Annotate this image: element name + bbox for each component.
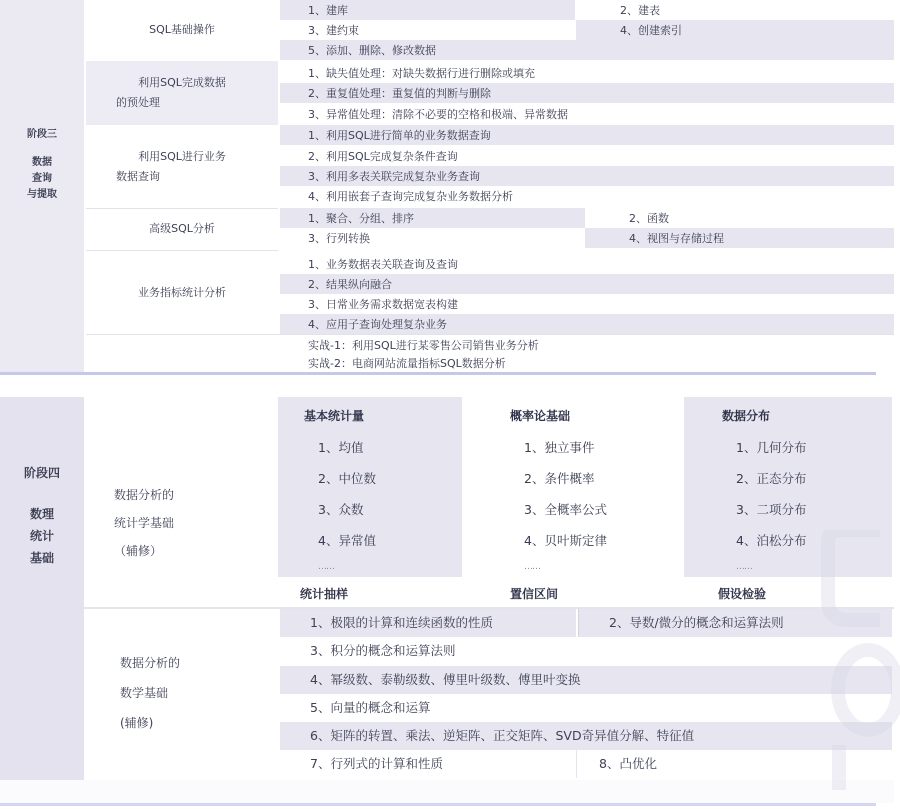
stat-column-basic: 基本统计量 1、均值 2、中位数 3、众数 4、异常值 …… — [278, 397, 462, 577]
column-heading: 基本统计量 — [304, 407, 462, 424]
item-text: 4、创建索引 — [576, 25, 682, 36]
list-item: 1、缺失值处理：对缺失数据行进行删除或填充 — [280, 63, 894, 83]
column-heading: 概率论基础 — [510, 407, 684, 424]
topic-title: 利用SQL进行业务 — [138, 147, 226, 167]
item-text: 7、行列式的计算和性质 — [280, 758, 443, 771]
list-item: 4、幂级数、泰勒级数、傅里叶级数、傅里叶变换 — [280, 666, 892, 694]
topic-title: 高级SQL分析 — [149, 219, 215, 239]
subtopic-hypothesis-test: 假设检验 — [718, 580, 766, 606]
list-item: 1、利用SQL进行简单的业务数据查询 — [280, 125, 894, 145]
topic-math: 数据分析的 数学基础 (辅修) — [86, 610, 280, 780]
topic-title: 的预处理 — [86, 93, 160, 113]
item-text: 3、异常值处理：清除不必要的空格和极端、异常数据 — [280, 109, 568, 120]
topic-business-metrics: 业务指标统计分析 — [86, 250, 278, 334]
list-item: 4、创建索引 — [576, 20, 894, 40]
list-item: 1、极限的计算和连续函数的性质 — [280, 609, 576, 637]
topic-title: SQL基础操作 — [149, 20, 215, 40]
topic-title: 统计学基础 — [114, 509, 174, 537]
topic-advanced-sql: 高级SQL分析 — [86, 208, 278, 248]
subtopic-confidence-interval: 置信区间 — [510, 580, 558, 606]
item-text: 2、利用SQL完成复杂条件查询 — [280, 151, 458, 162]
watermark-logo-icon — [820, 530, 900, 790]
item-text: 4、视图与存储过程 — [585, 233, 724, 244]
practice-item: 实战-2：电商网站流量指标SQL数据分析 — [308, 358, 506, 369]
list-item: 2、重复值处理：重复值的判断与删除 — [280, 83, 894, 103]
item-text: 3、建约束 — [280, 25, 359, 36]
list-item: 3、众数 — [304, 500, 462, 518]
list-item: 3、积分的概念和运算法则 — [280, 637, 892, 665]
stage4-title-line: 基础 — [0, 547, 84, 569]
item-text: 1、业务数据表关联查询及查询 — [280, 259, 458, 270]
topic-title: （辅修） — [114, 537, 174, 565]
list-item: 3、建约束 — [280, 20, 575, 40]
list-item: 3、行列转换 — [280, 228, 585, 248]
item-text: 2、结果纵向融合 — [280, 279, 392, 290]
item-text: 5、添加、删除、修改数据 — [280, 45, 436, 56]
practice-item: 实战-1：利用SQL进行某零售公司销售业务分析 — [308, 340, 539, 351]
list-item: 1、聚合、分组、排序 — [280, 208, 585, 228]
stage4-number: 阶段四 — [0, 465, 84, 481]
item-text: 1、建库 — [280, 5, 348, 16]
list-item: 2、结果纵向融合 — [280, 274, 894, 294]
item-text: 6、矩阵的转置、乘法、逆矩阵、正交矩阵、SVD奇异值分解、特征值 — [280, 730, 694, 743]
item-text: 8、凸优化 — [577, 758, 657, 771]
list-item: 5、向量的概念和运算 — [280, 694, 892, 722]
list-item: 3、利用多表关联完成复杂业务查询 — [280, 166, 894, 186]
section-divider — [0, 803, 876, 806]
item-text: 4、利用嵌套子查询完成复杂业务数据分析 — [280, 191, 513, 202]
item-text: 4、幂级数、泰勒级数、傅里叶级数、傅里叶变换 — [280, 674, 580, 687]
list-item: 4、贝叶斯定律 — [510, 531, 684, 549]
stage4-title-line: 数理 — [0, 503, 84, 525]
list-item: 3、二项分布 — [722, 500, 892, 518]
stage3-title-line: 与提取 — [0, 187, 84, 203]
topic-title: 数据查询 — [86, 167, 160, 187]
topic-title: 利用SQL完成数据 — [138, 73, 226, 93]
list-item: 1、业务数据表关联查询及查询 — [280, 254, 894, 274]
list-item: 3、日常业务需求数据宽表构建 — [280, 294, 894, 314]
topic-title: 数学基础 — [120, 678, 180, 708]
list-item: 3、异常值处理：清除不必要的空格和极端、异常数据 — [280, 104, 894, 124]
item-text: 2、函数 — [585, 213, 669, 224]
topic-title: 业务指标统计分析 — [138, 283, 226, 303]
item-text: 5、向量的概念和运算 — [280, 702, 430, 715]
topic-title: 数据分析的 — [120, 648, 180, 678]
column-heading: 数据分布 — [722, 407, 892, 424]
topic-sql-basics: SQL基础操作 — [86, 0, 278, 60]
footer-spacer — [0, 780, 894, 803]
item-text: 1、极限的计算和连续函数的性质 — [280, 617, 493, 630]
list-item: 7、行列式的计算和性质 — [280, 750, 576, 778]
list-item: 4、应用子查询处理复杂业务 — [280, 314, 894, 334]
topic-sql-business-query: 利用SQL进行业务 数据查询 — [86, 126, 278, 208]
list-item: 2、建表 — [576, 0, 894, 20]
subtopic-sampling: 统计抽样 — [300, 580, 348, 606]
item-text: 2、建表 — [576, 5, 660, 16]
item-text: 2、导数/微分的概念和运算法则 — [579, 617, 784, 630]
list-item: 5、添加、删除、修改数据 — [280, 40, 894, 60]
topic-title: (辅修) — [120, 708, 180, 738]
list-item: 2、函数 — [585, 208, 894, 228]
stage4-title-line: 统计 — [0, 525, 84, 547]
list-item: 2、正态分布 — [722, 469, 892, 487]
stage3-number: 阶段三 — [0, 127, 84, 143]
list-item: 6、矩阵的转置、乘法、逆矩阵、正交矩阵、SVD奇异值分解、特征值 — [280, 722, 892, 750]
topic-title: 数据分析的 — [114, 481, 174, 509]
stage4-label-cell: 阶段四 数理 统计 基础 — [0, 397, 84, 610]
list-item: 1、建库 — [280, 0, 575, 20]
more-ellipsis: …… — [510, 562, 684, 572]
more-ellipsis: …… — [304, 562, 462, 572]
list-item: 1、独立事件 — [510, 438, 684, 456]
list-item: 4、异常值 — [304, 531, 462, 549]
list-item: 4、利用嵌套子查询完成复杂业务数据分析 — [280, 186, 894, 206]
item-text: 3、利用多表关联完成复杂业务查询 — [280, 171, 480, 182]
list-item: 3、全概率公式 — [510, 500, 684, 518]
stage3-title-line: 查询 — [0, 171, 84, 187]
item-text: 2、重复值处理：重复值的判断与删除 — [280, 88, 491, 99]
list-item: 1、几何分布 — [722, 438, 892, 456]
list-item: 2、条件概率 — [510, 469, 684, 487]
list-item: 1、均值 — [304, 438, 462, 456]
list-item: 4、视图与存储过程 — [585, 228, 894, 248]
item-text: 3、积分的概念和运算法则 — [280, 645, 455, 658]
stage4-label-cell-continued — [0, 610, 84, 790]
item-text: 1、缺失值处理：对缺失数据行进行删除或填充 — [280, 68, 535, 79]
item-text: 3、日常业务需求数据宽表构建 — [280, 299, 458, 310]
item-text: 1、聚合、分组、排序 — [280, 213, 414, 224]
stage3-title-line: 数据 — [0, 155, 84, 171]
topic-statistics: 数据分析的 统计学基础 （辅修） — [86, 397, 276, 607]
list-item: 2、中位数 — [304, 469, 462, 487]
item-text: 1、利用SQL进行简单的业务数据查询 — [280, 130, 491, 141]
stage3-label-cell: 阶段三 数据 查询 与提取 — [0, 0, 84, 372]
section-divider — [0, 372, 876, 375]
topic-sql-preprocessing: 利用SQL完成数据 的预处理 — [86, 61, 278, 125]
item-text: 4、应用子查询处理复杂业务 — [280, 319, 447, 330]
stat-column-probability: 概率论基础 1、独立事件 2、条件概率 3、全概率公式 4、贝叶斯定律 …… — [462, 397, 684, 577]
item-text: 3、行列转换 — [280, 233, 370, 244]
list-item: 2、利用SQL完成复杂条件查询 — [280, 146, 894, 166]
